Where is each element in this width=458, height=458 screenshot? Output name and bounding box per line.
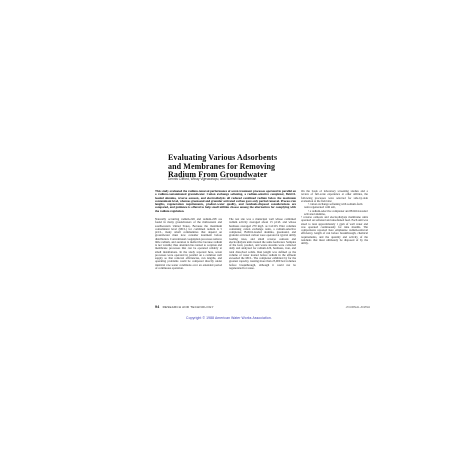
body-column-2-text: The test site was a municipal well whose… xyxy=(229,218,296,270)
abstract-paragraph: This study evaluated the radium-removal … xyxy=(155,190,296,214)
copyright-notice: Copyright © 1988 American Water Works As… xyxy=(0,316,458,320)
body-column-3-rest: • reverse osmosis and electrodialysis me… xyxy=(301,216,368,245)
page-footer: 94 RESEARCH AND TECHNOLOGY JOURNAL AWWA xyxy=(155,305,370,309)
body-column-1: Naturally occurring radium-226 and radiu… xyxy=(155,218,222,304)
body-column-3: On the basis of laboratory screening stu… xyxy=(301,190,368,304)
page-number: 94 xyxy=(155,305,160,309)
body-column-1-text: Naturally occurring radium-226 and radiu… xyxy=(155,218,222,270)
author-byline: Dennis Clifford, Winay Vijjeswarapu, and… xyxy=(168,178,298,181)
footer-section: 94 RESEARCH AND TECHNOLOGY xyxy=(155,305,214,309)
article-title: Evaluating Various Adsorbents and Membra… xyxy=(168,154,310,179)
journal-label: JOURNAL AWWA xyxy=(346,305,370,309)
article-page: Evaluating Various Adsorbents and Membra… xyxy=(0,0,458,458)
body-column-2: The test site was a municipal well whose… xyxy=(229,218,296,304)
section-label: RESEARCH AND TECHNOLOGY xyxy=(163,305,214,309)
